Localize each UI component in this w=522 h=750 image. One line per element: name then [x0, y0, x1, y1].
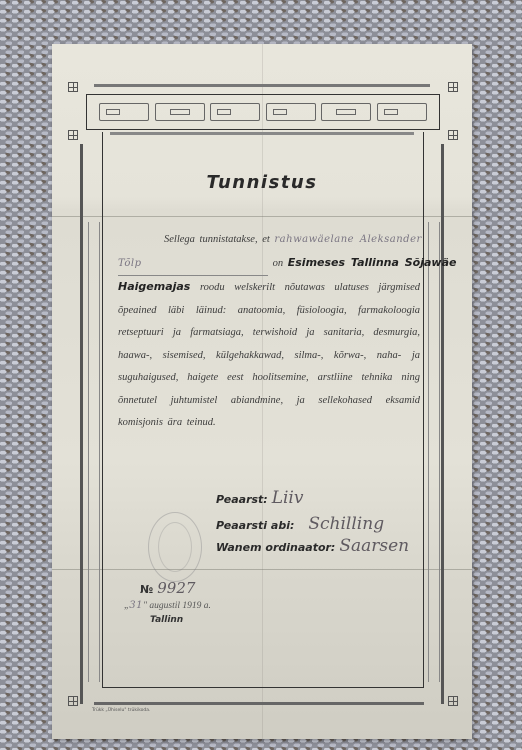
- corner-ornament-icon: [448, 696, 458, 706]
- body-text-line: roodu welskerilt nõutawas ulatuses järgm…: [200, 282, 420, 293]
- body-line: Tõlp on Esimeses Tallinna Sõjawäe: [118, 252, 420, 277]
- body-line: haawa-, sisemised, külgehakkawad, silma-…: [118, 345, 420, 368]
- corner-ornament-icon: [68, 82, 78, 92]
- signature-label: Peaarst:: [216, 493, 268, 506]
- body-line: retseptuuri ja farmatsiaga, terwishoid j…: [118, 322, 420, 345]
- recipient-handwritten: rahwawäelane Aleksander: [274, 234, 421, 245]
- ornament-icon: [210, 103, 260, 121]
- number-handwritten: 9927: [157, 579, 195, 597]
- body-line: Sellega tunnistatakse, et rahwawäelane A…: [118, 229, 420, 252]
- signature-row-assistant: Peaarsti abi:Schilling: [216, 514, 384, 534]
- frame-outer-left: [80, 144, 83, 704]
- signature-handwritten: Schilling: [308, 514, 384, 534]
- footer-rule: [94, 702, 424, 705]
- institution-prefix: on: [273, 258, 284, 269]
- body-line: õpeained läbi läinud: anatoomia, füsiolo…: [118, 300, 420, 323]
- date-day-handwritten: 31: [129, 600, 143, 611]
- signature-handwritten: Saarsen: [339, 536, 409, 556]
- signature-label: Peaarsti abi:: [216, 519, 294, 532]
- signature-row-senior-ordinator: Wanem ordinaator:Saarsen: [216, 536, 409, 556]
- ornament-icon: [99, 103, 149, 121]
- document-title: Tunnistus: [52, 172, 472, 193]
- header-ornament-band: [86, 94, 440, 130]
- issue-city: Tallinn: [150, 615, 183, 625]
- date-text: augustil 1919 a.: [149, 601, 211, 611]
- issue-date: „31" augustil 1919 a.: [124, 600, 211, 611]
- certificate-body: Sellega tunnistatakse, et rahwawäelane A…: [118, 229, 420, 435]
- certificate-paper: Tunnistus Sellega tunnistatakse, et rahw…: [52, 44, 472, 739]
- vine-ornament-right: [428, 222, 440, 682]
- signature-handwritten: Liiv: [272, 488, 304, 508]
- body-line: õnnetutel juhtumistel abiandmine, ja sel…: [118, 390, 420, 413]
- corner-ornament-icon: [448, 130, 458, 140]
- recipient-surname-handwritten: Tõlp: [118, 253, 268, 277]
- certificate-number: №9927: [140, 579, 195, 597]
- institution-name: Esimeses Tallinna Sõjawäe: [288, 256, 457, 269]
- body-line: suguhaigused, haigete eest hoolitsemine,…: [118, 367, 420, 390]
- ornament-icon: [321, 103, 371, 121]
- corner-ornament-icon: [448, 82, 458, 92]
- intro-text: Sellega tunnistatakse, et: [164, 234, 270, 245]
- signature-row-chief-physician: Peaarst:Liiv: [216, 488, 303, 508]
- body-line: komisjonis ära teinud.: [118, 412, 420, 435]
- header-rule: [94, 84, 430, 87]
- body-line: Haigemajas roodu welskerilt nõutawas ula…: [118, 276, 420, 300]
- institution-name-cont: Haigemajas: [118, 280, 190, 293]
- frame-outer-right: [441, 144, 444, 704]
- corner-ornament-icon: [68, 696, 78, 706]
- ornament-icon: [266, 103, 316, 121]
- printer-imprint: Trükk „Ühiselu" trükikoda.: [92, 708, 150, 713]
- ornament-icon: [377, 103, 427, 121]
- corner-ornament-icon: [68, 130, 78, 140]
- signature-label: Wanem ordinaator:: [216, 541, 335, 554]
- official-seal-stamp: [148, 512, 202, 582]
- number-symbol: №: [140, 583, 153, 596]
- vine-ornament-left: [88, 222, 100, 682]
- ornament-icon: [155, 103, 205, 121]
